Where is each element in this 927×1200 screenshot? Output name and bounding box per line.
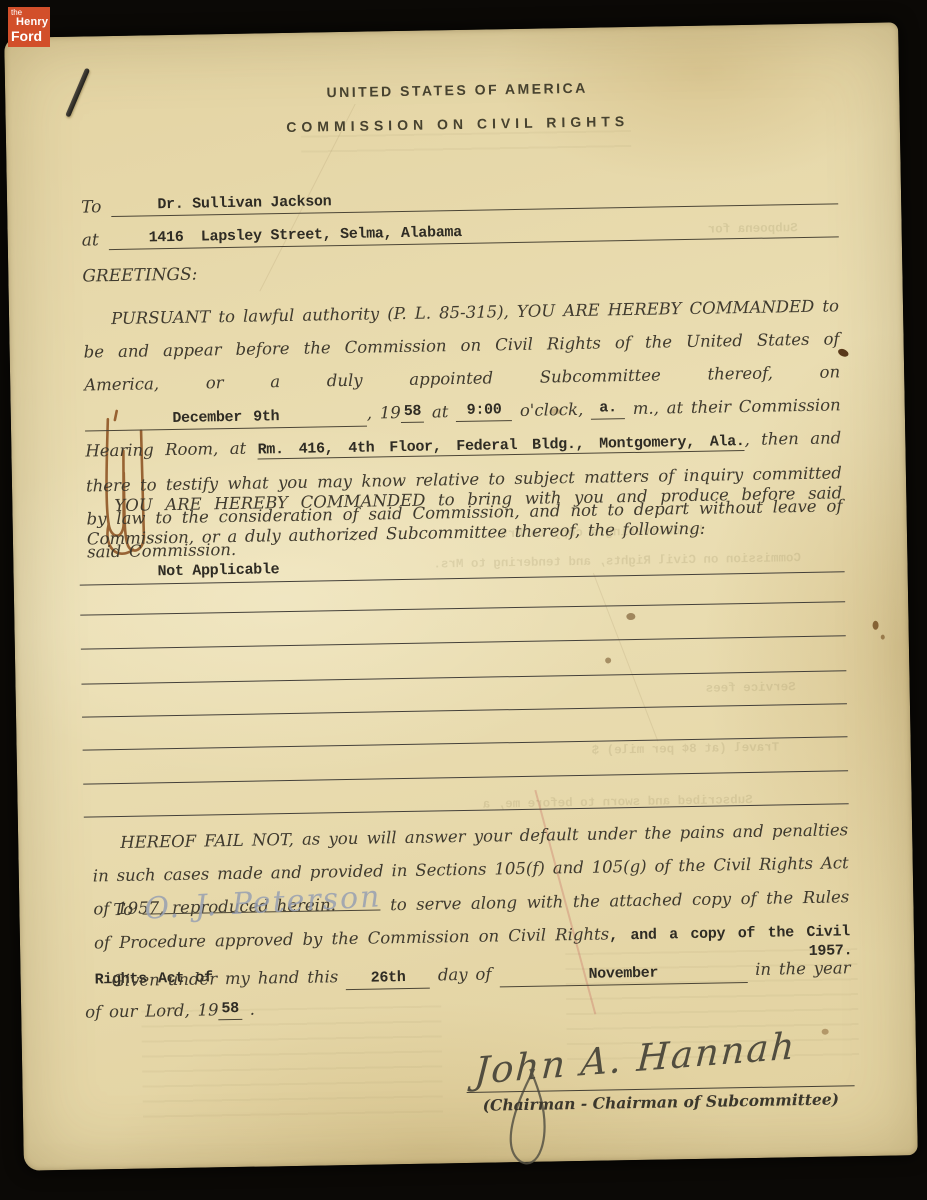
- hearing-ampm: a.: [599, 399, 617, 416]
- items-line-6: [82, 710, 847, 750]
- hearing-date-blank: December 9th: [85, 404, 367, 432]
- lord-year-value: 58: [221, 1000, 239, 1017]
- p1-text: o'clock,: [512, 400, 591, 420]
- at-write-line: 1416 Lapsley Street, Selma, Alabama: [108, 214, 838, 250]
- items-entry: Not Applicable: [157, 561, 279, 580]
- document-title-commission: COMMISSION ON CIVIL RIGHTS: [80, 109, 836, 138]
- month-blank: November: [499, 960, 747, 987]
- p1-text: at: [424, 402, 456, 422]
- to-write-line: Dr. Sullivan Jackson: [111, 181, 838, 217]
- testimonium-text: day of: [430, 964, 500, 984]
- hearing-location: Rm. 416, 4th Floor, Federal Bldg., Montg…: [258, 433, 745, 459]
- day-blank: 26th: [346, 966, 430, 990]
- items-line-8: [83, 777, 848, 817]
- at-label: at: [82, 230, 109, 250]
- hearing-date: December 9th: [172, 408, 279, 427]
- hearing-ampm-blank: a.: [591, 396, 625, 420]
- subpoena-paper: Subpoena for by delivering a copy to Mrs…: [4, 22, 918, 1170]
- document-content: UNITED STATES OF AMERICA COMMISSION ON C…: [4, 22, 918, 1170]
- logo-ford: Ford: [11, 29, 48, 43]
- addressee-at-row: at 1416 Lapsley Street, Selma, Alabama: [81, 211, 838, 250]
- items-line-3: [80, 609, 845, 649]
- service-to-label: To: [113, 900, 133, 919]
- logo-henry: Henry: [16, 17, 48, 28]
- chairman-signature: John A. Hannah: [473, 1024, 797, 1093]
- addressee-to-row: To Dr. Sullivan Jackson: [81, 178, 838, 217]
- day-value: 26th: [371, 969, 406, 987]
- hearing-year: 58: [404, 403, 422, 420]
- scanned-document-stage: the Henry Ford Subpoena for by deliverin…: [0, 0, 927, 1200]
- henry-ford-archive-logo: the Henry Ford: [8, 7, 50, 47]
- to-label: To: [81, 197, 112, 218]
- p1-text: , 19: [367, 403, 401, 423]
- testimonium-text: Given under my hand this: [111, 967, 346, 990]
- testimonium-paragraph: Given under my hand this 26th day of Nov…: [84, 952, 851, 1027]
- addressee-name: Dr. Sullivan Jackson: [157, 193, 331, 213]
- hearing-year-blank: 58: [401, 400, 425, 423]
- addressee-address: 1416 Lapsley Street, Selma, Alabama: [149, 224, 463, 246]
- testimonium-text: .: [242, 1000, 255, 1019]
- server-name-blank: O. J. Peterson: [142, 889, 380, 914]
- greeting: GREETINGS:: [82, 265, 197, 287]
- month-value: November: [588, 965, 658, 983]
- document-title-country: UNITED STATES OF AMERICA: [79, 75, 835, 104]
- hearing-time-blank: 9:00: [456, 398, 512, 422]
- command-to-produce-paragraph: YOU ARE HEREBY COMMANDED to bring with y…: [86, 476, 843, 555]
- lord-year-blank: 58: [218, 997, 242, 1020]
- p1-text: PURSUANT to lawful authority (P. L. 85-3…: [84, 296, 841, 394]
- hearing-time: 9:00: [467, 401, 502, 419]
